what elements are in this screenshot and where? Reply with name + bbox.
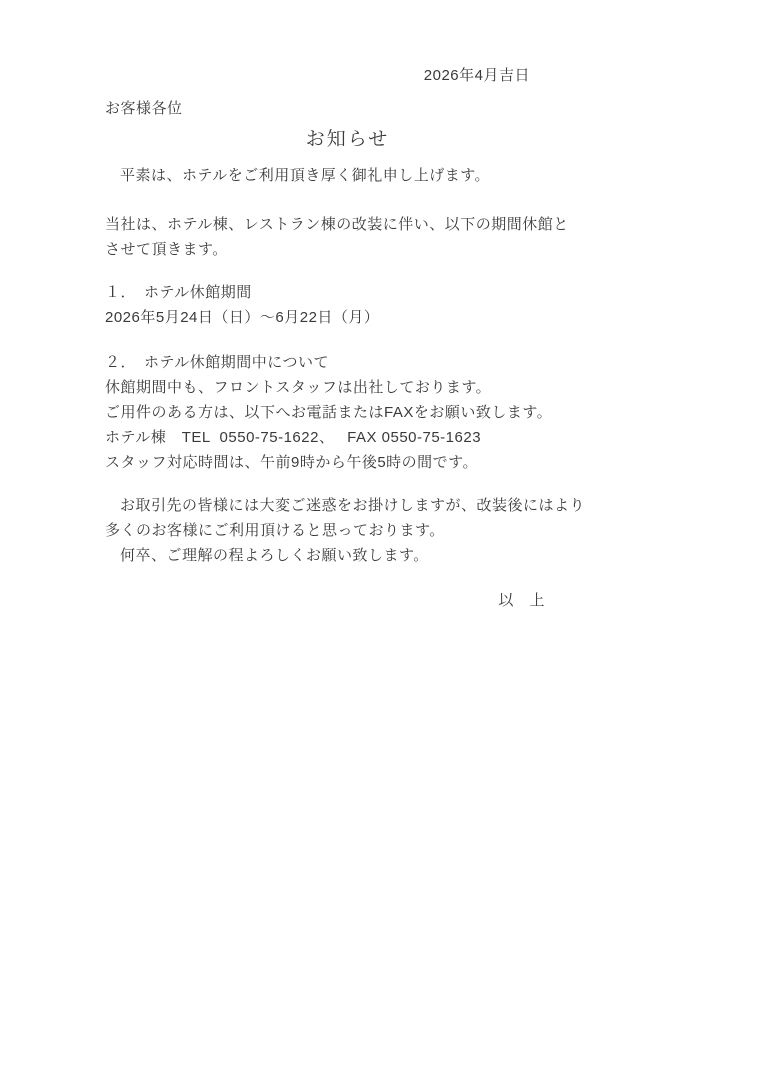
closing-line-3: 何卒、ご理解の程よろしくお願い致します。	[105, 543, 590, 568]
intro-line-1: 当社は、ホテル棟、レストラン棟の改装に伴い、以下の期間休館と	[105, 212, 590, 237]
notice-document-page: 2026年4月吉日 お客様各位 お知らせ 平素は、ホテルをご利用頂き厚く御礼申し…	[0, 0, 758, 1072]
section-1-period: 2026年5月24日（日）～6月22日（月）	[105, 305, 590, 330]
greeting-paragraph: 平素は、ホテルをご利用頂き厚く御礼申し上げます。	[105, 163, 590, 188]
section-1-closure-period: １． ホテル休館期間 2026年5月24日（日）～6月22日（月）	[105, 280, 590, 330]
intro-paragraph: 当社は、ホテル棟、レストラン棟の改装に伴い、以下の期間休館と させて頂きます。	[105, 212, 590, 262]
section-2-contact-numbers: ホテル棟 TEL 0550-75-1622、 FAX 0550-75-1623	[105, 425, 590, 450]
section-2-heading: ２． ホテル休館期間中について	[105, 350, 590, 375]
section-2-staff-hours: スタッフ対応時間は、午前9時から午後5時の間です。	[105, 450, 590, 475]
document-date: 2026年4月吉日	[105, 63, 590, 88]
recipient-line: お客様各位	[105, 96, 590, 121]
document-title: お知らせ	[105, 125, 590, 155]
section-1-heading: １． ホテル休館期間	[105, 280, 590, 305]
section-2-during-closure: ２． ホテル休館期間中について 休館期間中も、フロントスタッフは出社しております…	[105, 350, 590, 475]
section-2-line-2: ご用件のある方は、以下へお電話またはFAXをお願い致します。	[105, 400, 590, 425]
document-content: 2026年4月吉日 お客様各位 お知らせ 平素は、ホテルをご利用頂き厚く御礼申し…	[105, 0, 590, 613]
intro-line-2: させて頂きます。	[105, 237, 590, 262]
sign-off: 以 上	[105, 588, 590, 613]
closing-paragraph: お取引先の皆様には大変ご迷惑をお掛けしますが、改装後にはより 多くのお客様にご利…	[105, 493, 590, 568]
section-2-line-1: 休館期間中も、フロントスタッフは出社しております。	[105, 375, 590, 400]
closing-line-2: 多くのお客様にご利用頂けると思っております。	[105, 518, 590, 543]
closing-line-1: お取引先の皆様には大変ご迷惑をお掛けしますが、改装後にはより	[105, 493, 590, 518]
